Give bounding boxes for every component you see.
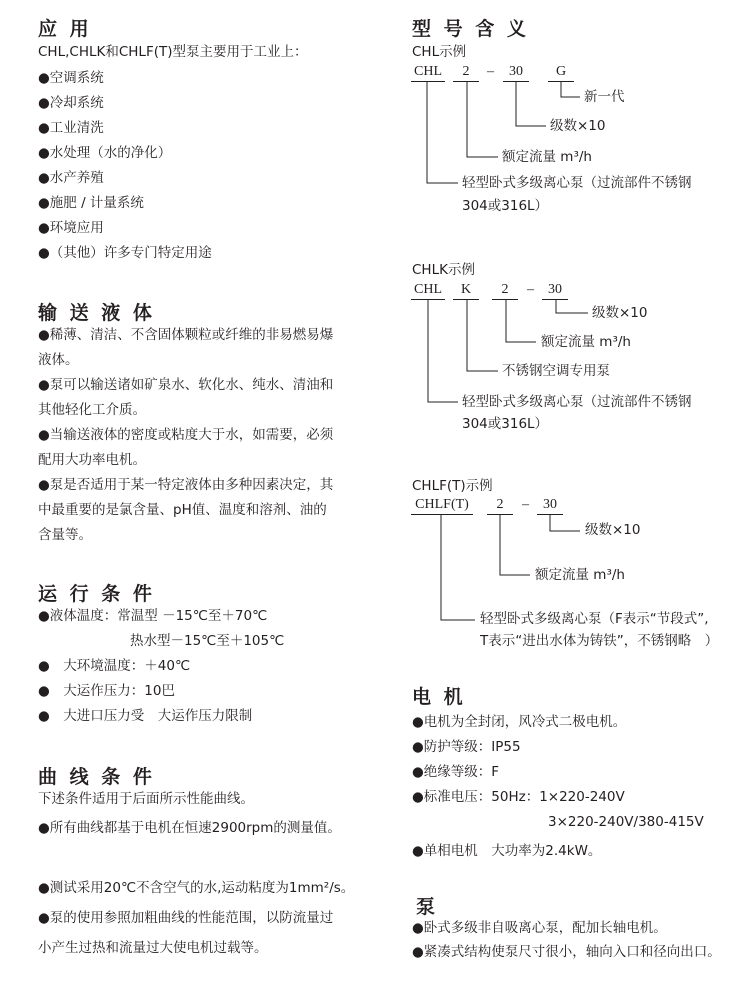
chlk-note-series-cont: 304或316L） (462, 416, 548, 432)
chlft-note-series-cont: T表示“进出水体为铸铁”，不锈钢略 ） (480, 633, 718, 649)
application-item: ●冷却系统 (38, 95, 104, 111)
chl-code-flow: 2 (453, 64, 479, 82)
motor-line: 3×220-240V/380-415V (548, 814, 704, 830)
chlk-note-flow: 额定流量 m³/h (541, 334, 631, 350)
liquids-line: 中最重要的是氯含量、pH值、温度和溶剂、油的 (38, 502, 327, 518)
section-title-operating: 运 行 条 件 (38, 579, 155, 606)
application-intro: CHL,CHLK和CHLF(T)型泵主要用于工业上： (38, 44, 308, 60)
section-title-model: 型 号 含 义 (412, 14, 529, 41)
curves-line: 小产生过热和流量过大使电机过载等。 (38, 940, 268, 956)
pump-line: ●卧式多级非自吸离心泵，配加长轴电机。 (412, 920, 667, 936)
liquids-line: ●当输送液体的密度或粘度大于水，如需要，必须 (38, 427, 333, 443)
operating-line: ●液体温度：常温型 －15℃至＋70℃ (38, 608, 267, 624)
chlk-code-series: CHL (411, 282, 445, 300)
chlk-code-k: K (453, 282, 479, 300)
section-title-curves: 曲 线 条 件 (38, 762, 155, 789)
section-title-motor: 电 机 (412, 682, 466, 709)
chl-code-generation: G (548, 64, 574, 82)
chlft-code-series: CHLF(T) (411, 497, 473, 515)
curves-line: ●泵的使用参照加粗曲线的性能范围，以防流量过 (38, 910, 333, 926)
chl-code-dash: – (487, 64, 494, 80)
operating-line: ● 大环境温度：＋40℃ (38, 658, 190, 674)
motor-line: ●绝缘等级：F (412, 764, 499, 780)
liquids-line: ●泵是否适用于某一特定液体由多种因素决定，其 (38, 477, 333, 493)
curves-line: 下述条件适用于后面所示性能曲线。 (38, 791, 254, 807)
chlk-code-dash: – (527, 282, 534, 298)
chl-example-label: CHL示例 (412, 44, 466, 60)
motor-line: ●单相电机 大功率为2.4kW。 (412, 843, 601, 859)
chlft-note-series: 轻型卧式多级离心泵（F表示“节段式”, (480, 611, 709, 627)
application-item: ●（其他）许多专门特定用途 (38, 245, 212, 261)
curves-line: ●测试采用20℃不含空气的水,运动粘度为1mm²/s。 (38, 880, 354, 896)
chlft-note-stages: 级数×10 (585, 522, 641, 538)
chl-note-generation: 新一代 (584, 89, 625, 105)
chlk-code-stages: 30 (542, 282, 568, 300)
motor-line: ●标准电压：50Hz：1×220-240V (412, 789, 625, 805)
motor-line: ●电机为全封闭，风冷式二极电机。 (412, 714, 626, 730)
chlft-code-dash: – (522, 497, 529, 513)
application-item: ●空调系统 (38, 70, 104, 86)
liquids-line: 其他轻化工介质。 (38, 402, 146, 418)
section-title-application: 应 用 (38, 14, 92, 41)
chl-note-series: 轻型卧式多级离心泵（过流部件不锈钢 (462, 175, 692, 191)
chlft-note-flow: 额定流量 m³/h (535, 567, 625, 583)
chlft-code-stages: 30 (537, 497, 563, 515)
operating-line: ● 大进口压力受 大运作压力限制 (38, 708, 252, 724)
chl-code-series: CHL (411, 64, 445, 82)
chlft-example-label: CHLF(T)示例 (412, 478, 493, 494)
chlk-note-k: 不锈钢空调专用泵 (502, 363, 610, 379)
chl-note-series-cont: 304或316L） (462, 198, 548, 214)
application-item: ●水处理（水的净化） (38, 145, 171, 161)
liquids-line: ●稀薄、清洁、不含固体颗粒或纤维的非易燃易爆 (38, 327, 333, 343)
operating-line: ● 大运作压力：10巴 (38, 683, 175, 699)
chlk-note-series: 轻型卧式多级离心泵（过流部件不锈钢 (462, 394, 692, 410)
chl-code-stages: 30 (503, 64, 529, 82)
pump-line: ●紧凑式结构使泵尺寸很小，轴向入口和径向出口。 (412, 944, 721, 960)
liquids-line: 液体。 (38, 352, 79, 368)
liquids-line: 配用大功率电机。 (38, 452, 146, 468)
section-title-liquids: 输 送 液 体 (38, 298, 155, 325)
chlft-code-flow: 2 (487, 497, 513, 515)
liquids-line: ●泵可以输送诸如矿泉水、软化水、纯水、清油和 (38, 377, 333, 393)
liquids-line: 含量等。 (38, 527, 92, 543)
chlk-code-flow: 2 (492, 282, 518, 300)
section-title-pump: 泵 (416, 892, 438, 919)
chlk-note-stages: 级数×10 (592, 305, 648, 321)
application-item: ●环境应用 (38, 220, 104, 236)
motor-line: ●防护等级：IP55 (412, 739, 521, 755)
chlk-example-label: CHLK示例 (412, 262, 475, 278)
operating-line: 热水型－15℃至＋105℃ (130, 633, 284, 649)
chl-note-stages: 级数×10 (550, 118, 606, 134)
application-item: ●工业清洗 (38, 120, 104, 136)
curves-line: ●所有曲线都基于电机在恒速2900rpm的测量值。 (38, 820, 341, 836)
application-item: ●水产养殖 (38, 170, 104, 186)
chl-note-flow: 额定流量 m³/h (502, 149, 592, 165)
application-item: ●施肥 / 计量系统 (38, 195, 144, 211)
